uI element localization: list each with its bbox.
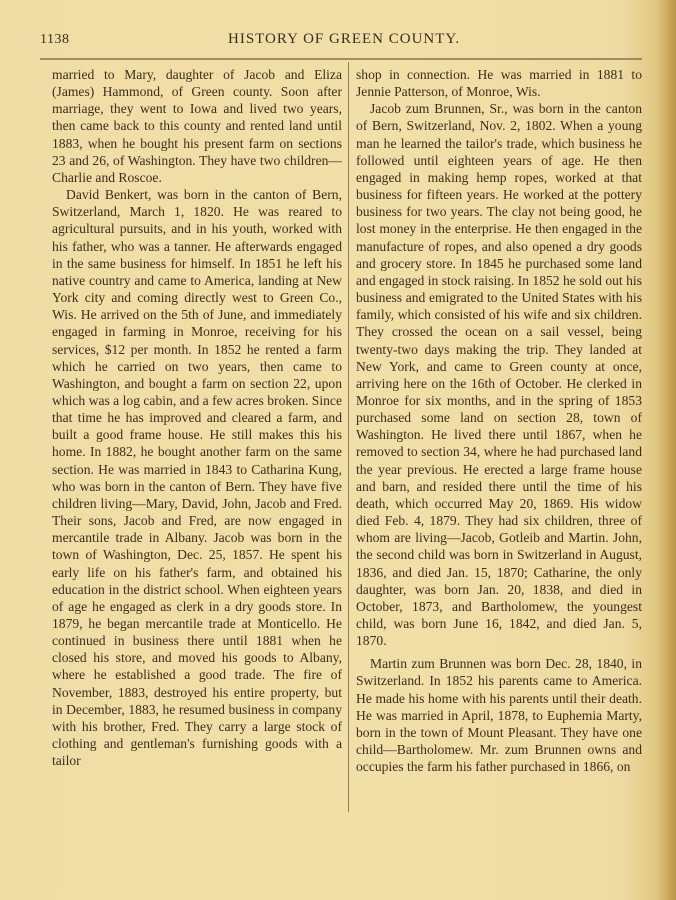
paragraph-david-benkert: David Benkert, was born in the canton of… — [52, 186, 342, 769]
page-number: 1138 — [40, 32, 69, 48]
column-divider — [348, 62, 349, 812]
left-column: married to Mary, daughter of Jacob and E… — [52, 66, 342, 769]
paragraph-jacob-zum-brunnen-sr: Jacob zum Brunnen, Sr., was born in the … — [356, 100, 642, 649]
page-header: 1138 HISTORY OF GREEN COUNTY. — [38, 30, 648, 50]
paragraph-martin-zum-brunnen: Martin zum Brunnen was born Dec. 28, 184… — [356, 655, 642, 775]
book-page: 1138 HISTORY OF GREEN COUNTY. married to… — [0, 0, 676, 900]
paragraph-benkert-continued: shop in connection. He was married in 18… — [356, 66, 642, 100]
paragraph-hammond-continued: married to Mary, daughter of Jacob and E… — [52, 66, 342, 186]
right-column: shop in connection. He was married in 18… — [356, 66, 642, 775]
header-rule — [40, 58, 642, 60]
running-title: HISTORY OF GREEN COUNTY. — [228, 31, 460, 48]
